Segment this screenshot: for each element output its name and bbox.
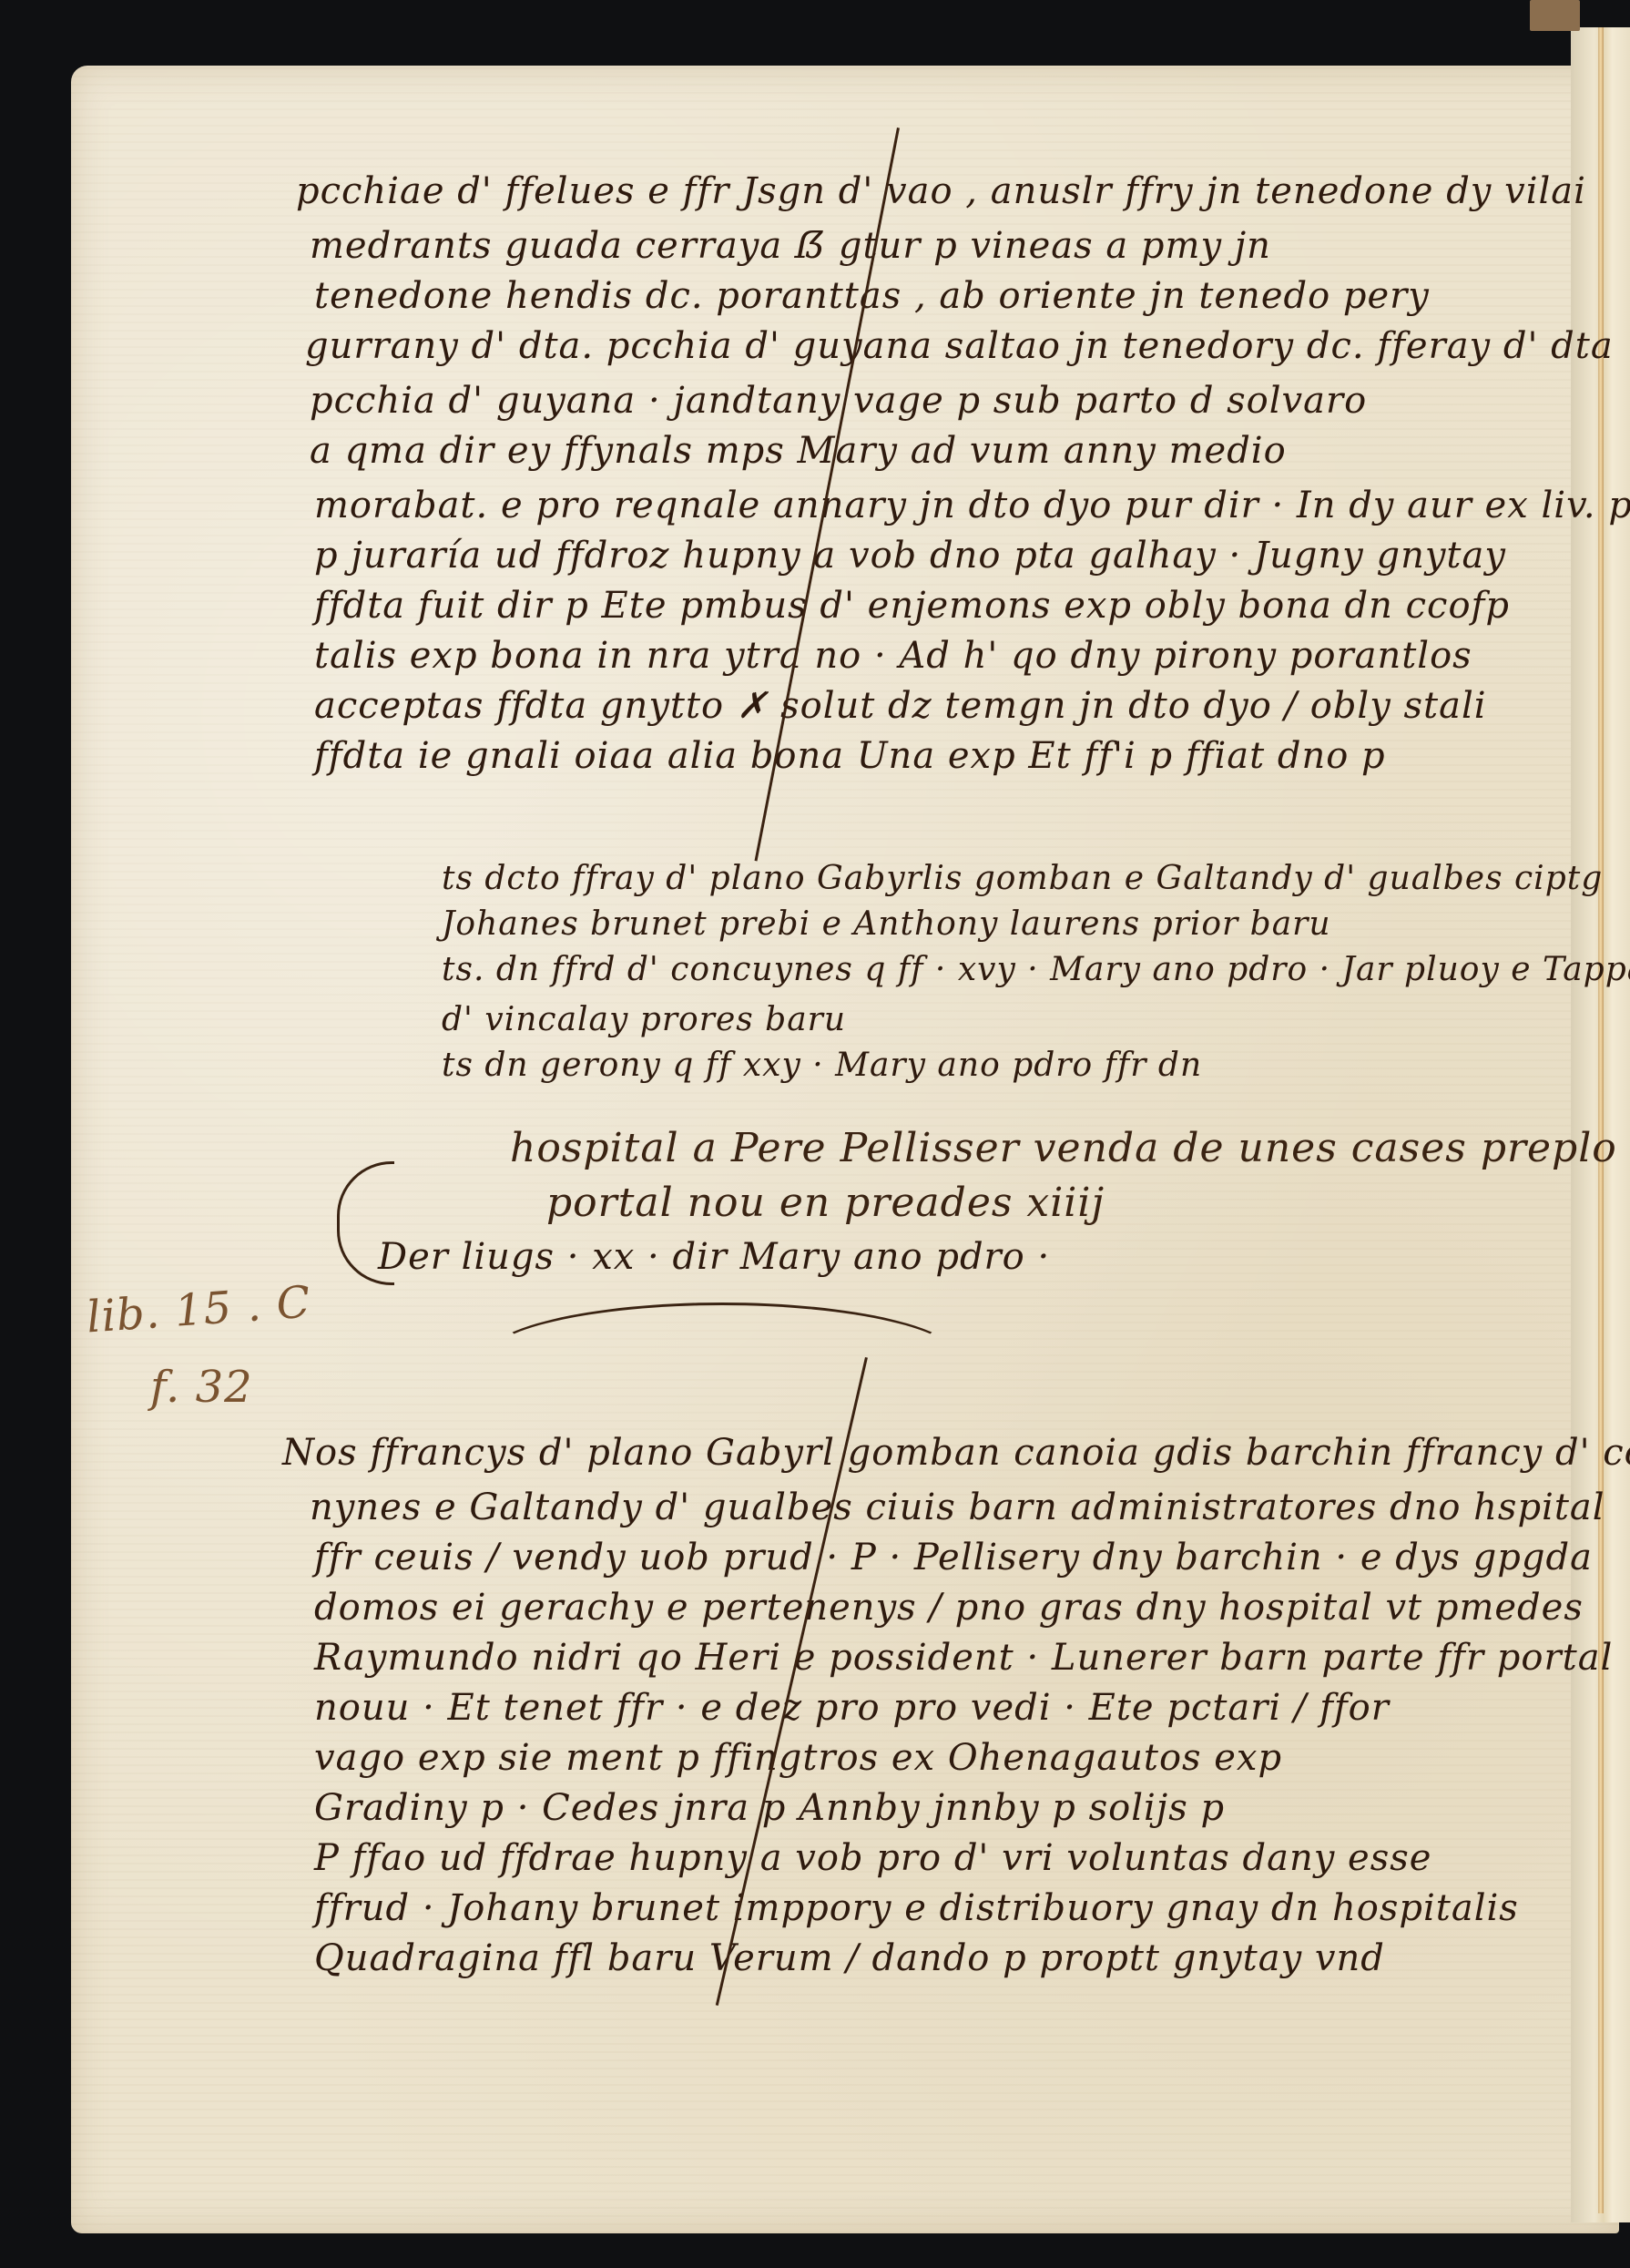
block1-line: pcchia d' guyana · jandtany vage p sub p…	[310, 383, 1367, 419]
date-line: Der liugs · xx · dir Mary ano pdro ·	[378, 1239, 1050, 1275]
block1-line: pcchiae d' ffelues e ffr Jsgn d' vao , a…	[296, 173, 1586, 209]
block2-line: vago exp sie ment p ffingtros ex Ohenaga…	[314, 1740, 1282, 1776]
block2-line: Nos ffrancys d' plano Gabyrl gomban cano…	[282, 1435, 1630, 1471]
block1-line: gurrany d' dta. pcchia d' guyana saltao …	[305, 328, 1614, 364]
block1-line: medrants guada cerraya ẞ gtur p vineas a…	[310, 228, 1271, 264]
block1-line: ffdta fuit dir p Ete pmbus d' enjemons e…	[314, 587, 1510, 624]
witness-line: ts dcto ffray d' plano Gabyrlis gomban e…	[442, 861, 1603, 897]
annotation-line: portal nou en preades xiiij	[546, 1180, 1105, 1226]
witness-line: Johanes brunet prebi e Anthony laurens p…	[442, 906, 1331, 943]
block1-line: p juraría ud ffdroz hupny a vob dno pta …	[314, 537, 1506, 574]
ornamental-flourish	[483, 1303, 962, 1417]
block1-line: a qma dir ey ffynals mps Mary ad vum ann…	[310, 433, 1287, 469]
block2-line: ffr ceuis / vendy uob prud · P · Pellise…	[314, 1539, 1593, 1576]
witness-line: ts. dn ffrd d' concuynes q ff · xvy · Ma…	[442, 952, 1630, 988]
folio-reference: f. 32	[150, 1362, 253, 1413]
binding-tab	[1530, 0, 1580, 31]
block2-line: Gradiny p · Cedes jnra p Annby jnnby p s…	[314, 1790, 1225, 1826]
block2-line: P ffao ud ffdrae hupny a vob pro d' vri …	[314, 1840, 1431, 1876]
witness-line: d' vincalay prores baru	[442, 1002, 846, 1038]
block2-line: Raymundo nidri qo Heri e possident · Lun…	[314, 1640, 1613, 1676]
block1-line: morabat. e pro reqnale annary jn dto dyo…	[314, 487, 1630, 524]
block1-line: tenedone hendis dc. poranttas , ab orien…	[314, 278, 1430, 314]
block1-line: acceptas ffdta gnytto ✗ solut dz temgn j…	[314, 688, 1487, 724]
block2-line: ffrud · Johany brunet imppory e distribu…	[314, 1890, 1519, 1926]
block2-line: domos ei gerachy e pertenenys / pno gras…	[314, 1589, 1584, 1626]
annotation-line: hospital a Pere Pellisser venda de unes …	[510, 1125, 1617, 1171]
block2-line: Quadragina ffl baru Verum / dando p prop…	[314, 1940, 1385, 1977]
block2-line: nynes e Galtandy d' gualbes ciuis barn a…	[310, 1489, 1605, 1526]
witness-line: ts dn gerony q ff xxy · Mary ano pdro ff…	[442, 1047, 1202, 1084]
block1-line: ffdta ie gnali oiaa alia bona Una exp Et…	[314, 738, 1386, 774]
block1-line: talis exp bona in nra ytra no · Ad h' qo…	[314, 638, 1472, 674]
block2-line: nouu · Et tenet ffr · e dez pro pro vedi…	[314, 1690, 1390, 1726]
